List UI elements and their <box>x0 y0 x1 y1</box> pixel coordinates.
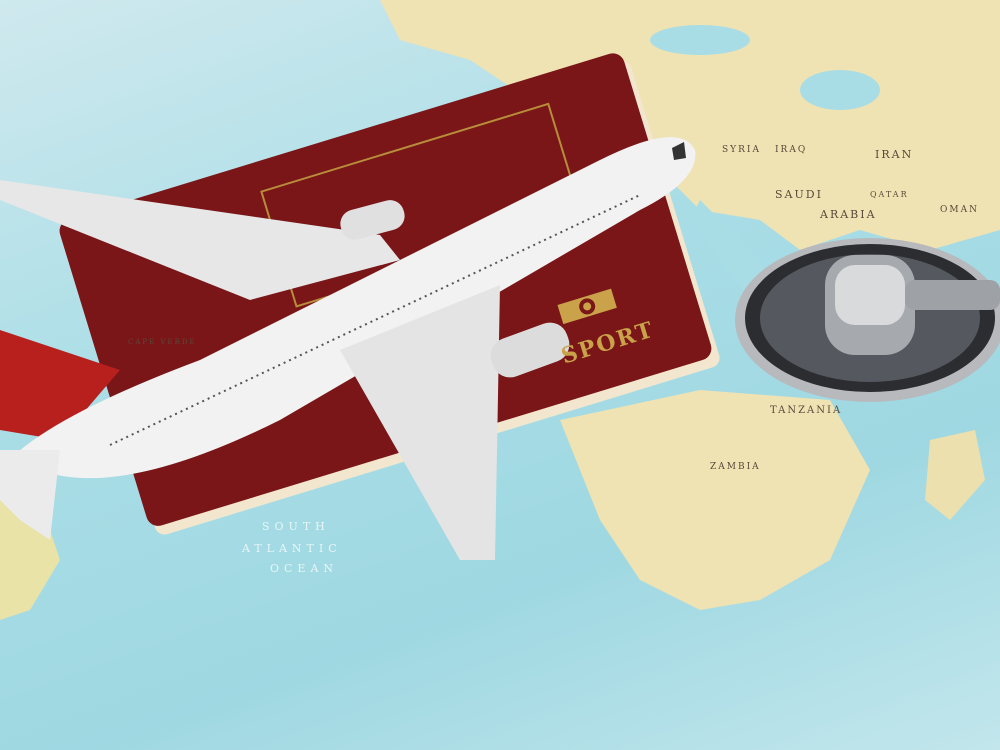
caspian-sea <box>800 70 880 110</box>
map-label-iraq: IRAQ <box>775 145 807 155</box>
africa-land <box>560 390 870 610</box>
map-label-qatar: QATAR <box>870 190 909 199</box>
black-sea <box>650 25 750 55</box>
map-label-tanzania: TANZANIA <box>770 405 842 416</box>
map-label-cape-verde: CAPE VERDE <box>128 338 197 346</box>
scene-illustration <box>0 0 1000 750</box>
map-label-saudi: SAUDI <box>775 188 823 201</box>
stethoscope <box>735 238 1000 402</box>
map-label-zambia: ZAMBIA <box>710 462 761 472</box>
madagascar-land <box>925 430 985 520</box>
map-label-arabia: ARABIA <box>820 208 877 221</box>
map-label-oman: OMAN <box>940 205 979 215</box>
map-label-syria: SYRIA <box>722 145 761 155</box>
map-label-iran: IRAN <box>875 148 913 161</box>
map-label-ocean-1: SOUTH <box>262 520 330 533</box>
photo-scene: SAUDI ARABIA IRAN SYRIA IRAQ OMAN QATAR … <box>0 0 1000 750</box>
map-label-ocean-2: ATLANTIC <box>242 542 342 555</box>
map-label-ocean-3: OCEAN <box>270 562 338 575</box>
